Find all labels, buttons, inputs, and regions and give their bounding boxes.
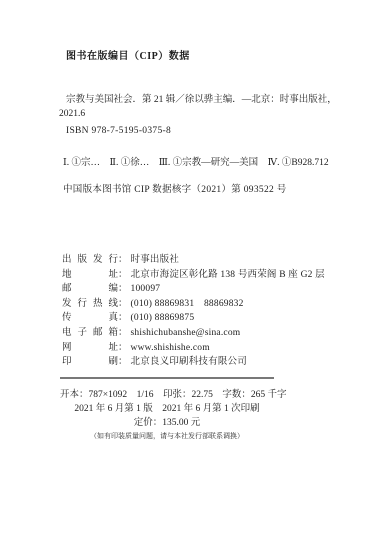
publisher-info-block: 出版发行：时事出版社 地址：北京市海淀区彰化路 138 号西荣阁 B 座 G2 …: [59, 253, 355, 370]
publisher-row-fax: 传真：(010) 88869875: [59, 311, 355, 326]
publisher-row-printer: 印刷：北京良义印刷科技有限公司: [59, 355, 355, 370]
publisher-row-sales-hotline: 发行热线：(010) 88869831 88869832: [59, 297, 355, 312]
publisher-row-value: 100097: [131, 282, 161, 297]
publisher-row-colon: ：: [118, 253, 128, 268]
publisher-row-address: 地址：北京市海淀区彰化路 138 号西荣阁 B 座 G2 层: [59, 268, 355, 283]
publisher-row-label: 邮编: [62, 282, 118, 297]
quality-notice: （如有印装质量问题，请与本社发行部联系调换）: [60, 430, 274, 442]
publisher-row-value: 时事出版社: [131, 253, 180, 268]
printing-spec-block: 开本：787×1092 1/16 印张：22.75 字数：265 千字 2021…: [60, 388, 274, 442]
cip-data-block: 图书在版编目（CIP）数据 宗教与美国社会．第 21 辑／徐以骅主编．—北京：时…: [59, 50, 355, 197]
publisher-row-value: shishichubanshe@sina.com: [131, 326, 241, 341]
publisher-row-colon: ：: [118, 311, 128, 326]
cip-registry-number: 中国版本图书馆 CIP 数据核字（2021）第 093522 号: [59, 183, 355, 197]
publisher-row-label: 地址: [62, 268, 118, 283]
publisher-row-value: (010) 88869831 88869832: [131, 297, 244, 312]
publisher-row-value: (010) 88869875: [131, 311, 195, 326]
publisher-row-colon: ：: [118, 326, 128, 341]
publisher-row-label: 印刷: [62, 355, 118, 370]
publisher-row-value: www.shishishe.com: [131, 341, 210, 356]
publisher-row-value: 北京市海淀区彰化路 138 号西荣阁 B 座 G2 层: [131, 268, 325, 283]
publisher-row-colon: ：: [118, 355, 128, 370]
cip-heading: 图书在版编目（CIP）数据: [59, 50, 355, 64]
cip-classification-line: Ⅰ. ①宗… Ⅱ. ①徐… Ⅲ. ①宗教—研究—美国 Ⅳ. ①B928.712: [59, 156, 355, 170]
publisher-row-label: 传真: [62, 311, 118, 326]
publisher-row-label: 电子邮箱: [62, 326, 118, 341]
publisher-row-colon: ：: [118, 341, 128, 356]
publisher-row-value: 北京良义印刷科技有限公司: [131, 355, 247, 370]
publisher-row-label: 发行热线: [62, 297, 118, 312]
format-sheet-wordcount-line: 开本：787×1092 1/16 印张：22.75 字数：265 千字: [60, 388, 274, 402]
cip-record-line-1: 宗教与美国社会．第 21 辑／徐以骅主编．—北京：时事出版社，: [59, 93, 355, 107]
copyright-page: 图书在版编目（CIP）数据 宗教与美国社会．第 21 辑／徐以骅主编．—北京：时…: [0, 0, 375, 539]
price-line: 定价：135.00 元: [60, 416, 274, 430]
publisher-row-postcode: 邮编：100097: [59, 282, 355, 297]
publisher-row-label: 出版发行: [62, 253, 118, 268]
divider-rule: [60, 377, 274, 379]
edition-impression-line: 2021 年 6 月第 1 版 2021 年 6 月第 1 次印刷: [60, 402, 274, 416]
isbn-number: ISBN 978-7-5195-0375-8: [59, 124, 355, 138]
publisher-row-colon: ：: [118, 282, 128, 297]
publisher-row-publisher: 出版发行：时事出版社: [59, 253, 355, 268]
publisher-row-email: 电子邮箱：shishichubanshe@sina.com: [59, 326, 355, 341]
cip-record-line-2: 2021.6: [59, 107, 355, 121]
publisher-row-website: 网址：www.shishishe.com: [59, 341, 355, 356]
publisher-row-colon: ：: [118, 297, 128, 312]
publisher-row-label: 网址: [62, 341, 118, 356]
publisher-row-colon: ：: [118, 268, 128, 283]
